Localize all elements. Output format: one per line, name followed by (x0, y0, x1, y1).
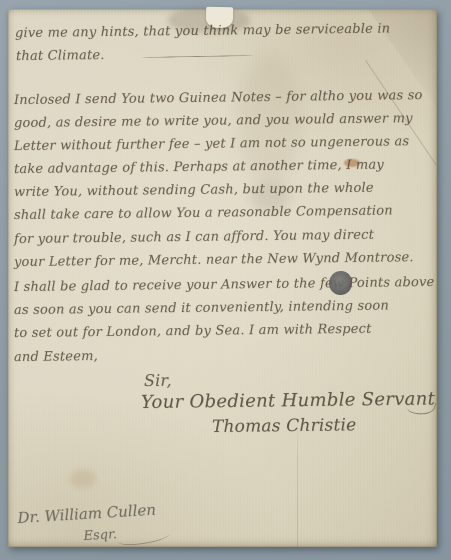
seal-ink-blot (329, 271, 352, 295)
salutation: Sir, (144, 372, 172, 390)
letter-line: and Esteem, (14, 350, 98, 365)
valediction: Your Obedient Humble Servant (141, 389, 435, 412)
docket-title: Esqr. (83, 527, 117, 544)
letter-line: that Climate. (16, 49, 105, 64)
letter-scan: give me any hints, that you think may be… (0, 0, 451, 560)
vertical-crease (297, 420, 298, 547)
signature: Thomas Christie (212, 416, 357, 436)
